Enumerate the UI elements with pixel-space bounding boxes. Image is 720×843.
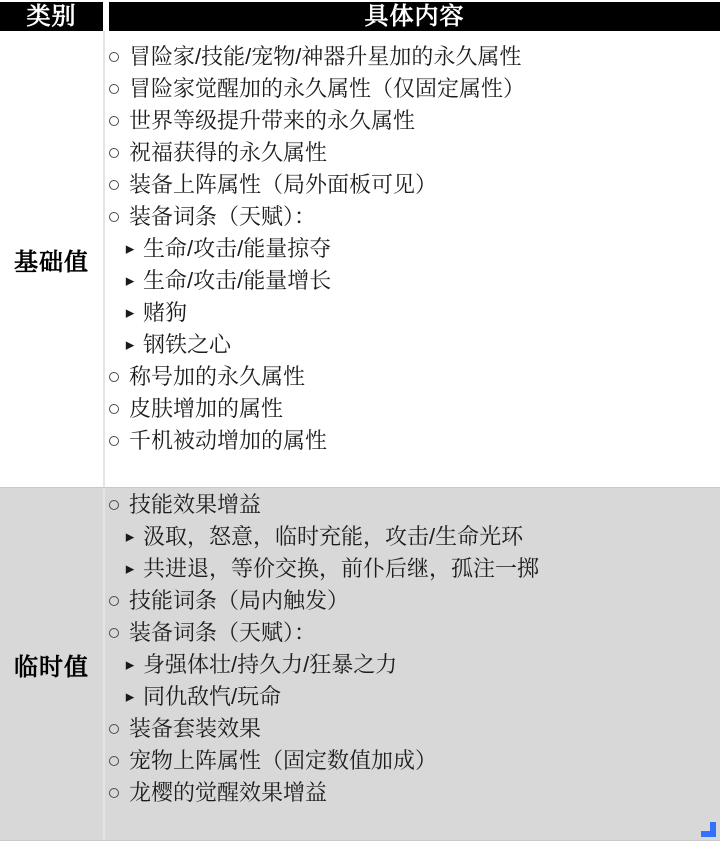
circle-bullet-icon	[109, 52, 119, 62]
circle-bullet-icon	[109, 724, 119, 734]
list-item: 技能效果增益	[105, 489, 720, 521]
circle-bullet-icon	[109, 500, 119, 510]
triangle-bullet-icon: ▸	[124, 297, 136, 329]
row-label: 临时值	[0, 488, 105, 840]
triangle-bullet-icon: ▸	[124, 265, 136, 297]
list-item: 千机被动增加的属性	[105, 425, 720, 457]
circle-bullet-icon	[109, 628, 119, 638]
list-item-text: 世界等级提升带来的永久属性	[129, 105, 415, 137]
list-item: 冒险家觉醒加的永久属性（仅固定属性）	[105, 73, 720, 105]
list-item-text: 称号加的永久属性	[129, 361, 305, 393]
header-cell-content: 具体内容	[109, 2, 720, 31]
list-item-text: 生命/攻击/能量增长	[143, 265, 331, 297]
list-item: 冒险家/技能/宠物/神器升星加的永久属性	[105, 41, 720, 73]
stat-category-table: 类别 具体内容 基础值冒险家/技能/宠物/神器升星加的永久属性冒险家觉醒加的永久…	[0, 0, 720, 843]
list-item: ▸赌狗	[105, 297, 720, 329]
triangle-bullet-icon: ▸	[124, 681, 136, 713]
list-item: ▸汲取，怒意，临时充能，攻击/生命光环	[105, 521, 720, 553]
list-item: 装备词条（天赋）：	[105, 617, 720, 649]
triangle-bullet-icon: ▸	[124, 649, 136, 681]
list-item-text: 共进退，等价交换，前仆后继，孤注一掷	[143, 553, 539, 585]
list-item: 称号加的永久属性	[105, 361, 720, 393]
circle-bullet-icon	[109, 84, 119, 94]
circle-bullet-icon	[109, 372, 119, 382]
list-item-text: 冒险家/技能/宠物/神器升星加的永久属性	[129, 41, 521, 73]
triangle-bullet-icon: ▸	[124, 329, 136, 361]
list-item-text: 宠物上阵属性（固定数值加成）	[129, 745, 437, 777]
list-item: ▸生命/攻击/能量掠夺	[105, 233, 720, 265]
list-item: 技能词条（局内触发）	[105, 585, 720, 617]
circle-bullet-icon	[109, 180, 119, 190]
table-header-row: 类别 具体内容	[0, 2, 720, 31]
list-item-text: 技能词条（局内触发）	[129, 585, 349, 617]
list-item: ▸共进退，等价交换，前仆后继，孤注一掷	[105, 553, 720, 585]
list-item: ▸钢铁之心	[105, 329, 720, 361]
list-item-text: 技能效果增益	[129, 489, 261, 521]
row-content: 冒险家/技能/宠物/神器升星加的永久属性冒险家觉醒加的永久属性（仅固定属性）世界…	[105, 31, 720, 487]
list-item: 装备套装效果	[105, 713, 720, 745]
list-item-text: 钢铁之心	[143, 329, 231, 361]
circle-bullet-icon	[109, 788, 119, 798]
list-item: ▸生命/攻击/能量增长	[105, 265, 720, 297]
list-item-text: 皮肤增加的属性	[129, 393, 283, 425]
list-item-text: 装备上阵属性（局外面板可见）	[129, 169, 437, 201]
list-item-text: 千机被动增加的属性	[129, 425, 327, 457]
circle-bullet-icon	[109, 116, 119, 126]
list-item: 装备上阵属性（局外面板可见）	[105, 169, 720, 201]
list-item-text: 祝福获得的永久属性	[129, 137, 327, 169]
table-row: 临时值技能效果增益▸汲取，怒意，临时充能，攻击/生命光环▸共进退，等价交换，前仆…	[0, 487, 720, 841]
triangle-bullet-icon: ▸	[124, 233, 136, 265]
row-content: 技能效果增益▸汲取，怒意，临时充能，攻击/生命光环▸共进退，等价交换，前仆后继，…	[105, 488, 720, 840]
table-row: 基础值冒险家/技能/宠物/神器升星加的永久属性冒险家觉醒加的永久属性（仅固定属性…	[0, 31, 720, 487]
list-item-text: 龙樱的觉醒效果增益	[129, 777, 327, 809]
list-item: 龙樱的觉醒效果增益	[105, 777, 720, 809]
list-item-text: 生命/攻击/能量掠夺	[143, 233, 331, 265]
circle-bullet-icon	[109, 212, 119, 222]
table-resize-handle-icon[interactable]	[701, 822, 716, 837]
header-cell-category: 类别	[0, 2, 109, 31]
row-label: 基础值	[0, 31, 105, 487]
list-item-text: 冒险家觉醒加的永久属性（仅固定属性）	[129, 73, 525, 105]
table-body: 基础值冒险家/技能/宠物/神器升星加的永久属性冒险家觉醒加的永久属性（仅固定属性…	[0, 31, 720, 841]
list-item-text: 装备套装效果	[129, 713, 261, 745]
list-item-text: 装备词条（天赋）：	[129, 201, 316, 233]
triangle-bullet-icon: ▸	[124, 521, 136, 553]
list-item: 装备词条（天赋）：	[105, 201, 720, 233]
circle-bullet-icon	[109, 596, 119, 606]
list-item-text: 同仇敌忾/玩命	[143, 681, 281, 713]
circle-bullet-icon	[109, 404, 119, 414]
list-item: 祝福获得的永久属性	[105, 137, 720, 169]
circle-bullet-icon	[109, 756, 119, 766]
list-item: 皮肤增加的属性	[105, 393, 720, 425]
circle-bullet-icon	[109, 148, 119, 158]
circle-bullet-icon	[109, 436, 119, 446]
list-item-text: 身强体壮/持久力/狂暴之力	[143, 649, 397, 681]
list-item-text: 赌狗	[143, 297, 187, 329]
triangle-bullet-icon: ▸	[124, 553, 136, 585]
list-item: 世界等级提升带来的永久属性	[105, 105, 720, 137]
list-item: ▸身强体壮/持久力/狂暴之力	[105, 649, 720, 681]
list-item-text: 装备词条（天赋）：	[129, 617, 316, 649]
list-item-text: 汲取，怒意，临时充能，攻击/生命光环	[143, 521, 523, 553]
list-item: 宠物上阵属性（固定数值加成）	[105, 745, 720, 777]
list-item: ▸同仇敌忾/玩命	[105, 681, 720, 713]
